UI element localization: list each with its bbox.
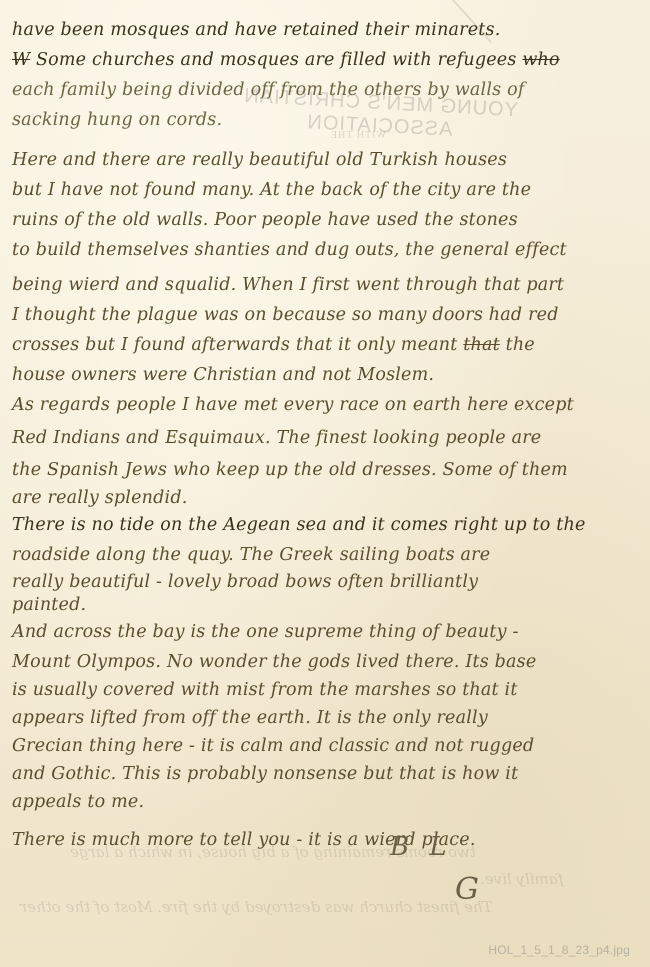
letter-line: appears lifted from off the earth. It is… xyxy=(12,704,488,732)
letter-line: W Some churches and mosques are filled w… xyxy=(12,46,560,74)
filename-watermark: HOL_1_5_1_8_23_p4.jpg xyxy=(488,943,630,957)
letter-line: And across the bay is the one supreme th… xyxy=(12,618,519,646)
struck-text: W xyxy=(12,50,30,70)
line-text: have been mosques and have retained thei… xyxy=(12,20,500,40)
letter-line: There is no tide on the Aegean sea and i… xyxy=(12,511,586,539)
line-text: the xyxy=(506,335,535,355)
bleed-through-letterhead-sub: WITH THE xyxy=(330,130,386,141)
line-text: crosses but I found afterwards that it o… xyxy=(12,335,457,355)
letter-line: have been mosques and have retained thei… xyxy=(12,16,500,44)
letter-line: being wierd and squalid. When I first we… xyxy=(12,271,564,299)
letter-line: to build themselves shanties and dug out… xyxy=(12,236,567,264)
letter-line: is usually covered with mist from the ma… xyxy=(12,676,518,704)
letter-line: Here and there are really beautiful old … xyxy=(12,146,507,174)
bleed-line: family live. xyxy=(480,870,563,888)
letter-line: ruins of the old walls. Poor people have… xyxy=(12,206,518,234)
struck-text: that xyxy=(463,335,500,355)
letter-line: are really splendid. xyxy=(12,484,188,512)
letter-line: Mount Olympos. No wonder the gods lived … xyxy=(12,648,536,676)
letter-line: As regards people I have met every race … xyxy=(12,391,574,419)
struck-text: who xyxy=(522,50,559,70)
letter-line: Grecian thing here - it is calm and clas… xyxy=(12,732,534,760)
letter-line: Red Indians and Esquimaux. The finest lo… xyxy=(12,424,541,452)
letter-line: and Gothic. This is probably nonsense bu… xyxy=(12,760,518,788)
letter-line: I thought the plague was on because so m… xyxy=(12,301,559,329)
letter-line: house owners were Christian and not Mosl… xyxy=(12,361,434,389)
bleed-line: The finest church was destroyed by the f… xyxy=(20,898,493,916)
signature-initials: B L xyxy=(390,832,453,862)
letter-line: but I have not found many. At the back o… xyxy=(12,176,531,204)
signature-mark: G xyxy=(455,872,479,907)
letter-line: the Spanish Jews who keep up the old dre… xyxy=(12,456,568,484)
letter-line: painted. xyxy=(12,591,86,619)
letter-line: each family being divided off from the o… xyxy=(12,76,525,104)
letter-page: YOUNG MEN'S CHRISTIAN ASSOCIATION WITH T… xyxy=(0,0,650,967)
letter-line: crosses but I found afterwards that it o… xyxy=(12,331,535,359)
line-text: Some churches and mosques are filled wit… xyxy=(36,50,517,70)
letter-line: appeals to me. xyxy=(12,788,144,816)
letter-line: roadside along the quay. The Greek saili… xyxy=(12,541,490,569)
letter-line: sacking hung on cords. xyxy=(12,106,222,134)
